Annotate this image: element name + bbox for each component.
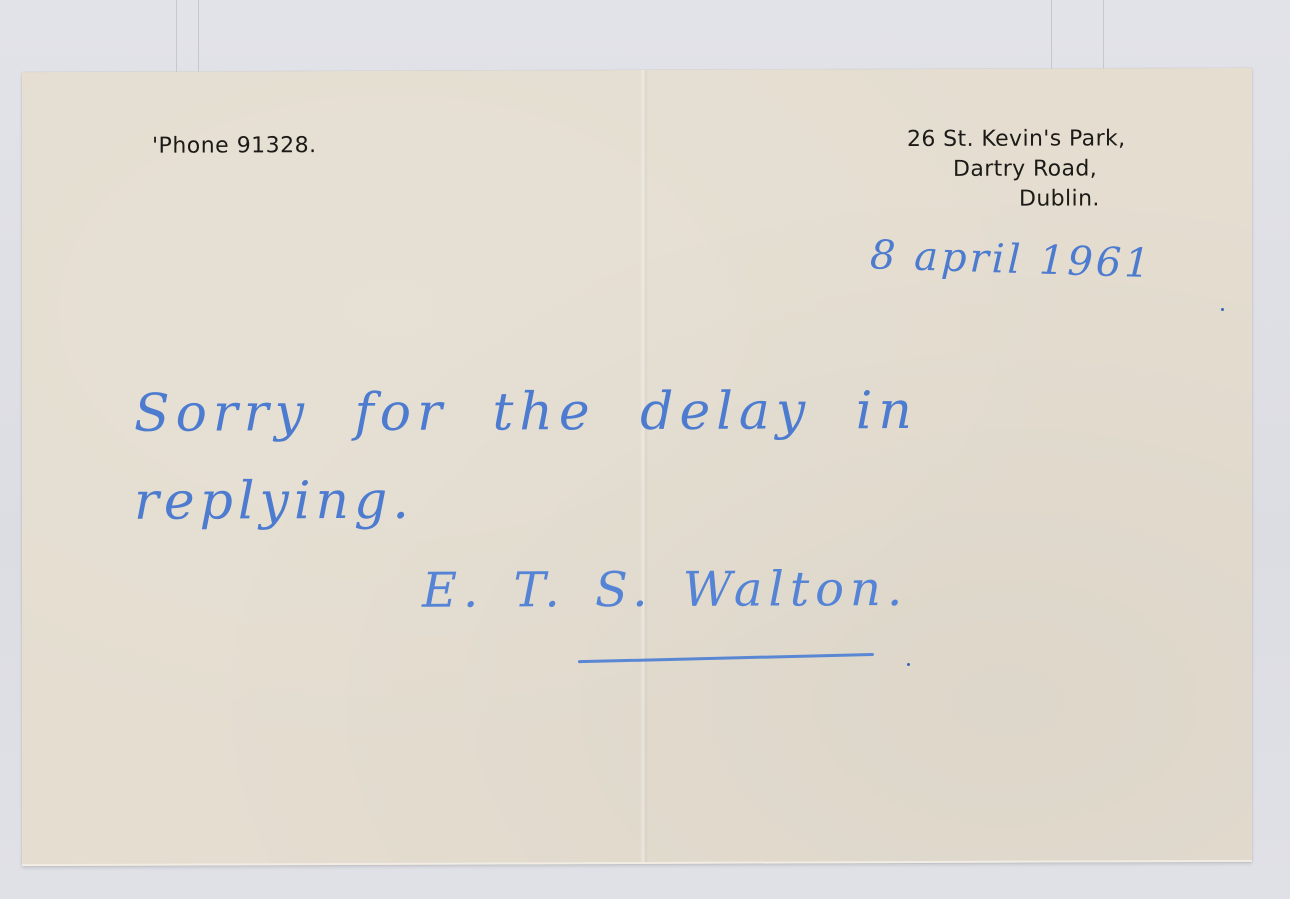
backdrop-seam bbox=[1051, 0, 1052, 72]
ink-dot bbox=[907, 663, 910, 666]
handwritten-date: 8 april 1961 bbox=[869, 232, 1153, 287]
letterhead-address: 26 St. Kevin's Park, Dartry Road, Dublin… bbox=[907, 124, 1126, 215]
letterhead-phone: 'Phone 91328. bbox=[152, 133, 317, 159]
backdrop-seam bbox=[176, 0, 177, 72]
backdrop-seam bbox=[198, 0, 199, 72]
letter-card: 'Phone 91328. 26 St. Kevin's Park, Dartr… bbox=[22, 68, 1252, 866]
address-line-city: Dublin. bbox=[907, 184, 1126, 215]
signature-underline bbox=[578, 653, 874, 663]
handwritten-body-line-2: replying. bbox=[134, 471, 414, 532]
backdrop-seam bbox=[1103, 0, 1104, 72]
address-line-street: 26 St. Kevin's Park, bbox=[907, 124, 1126, 155]
address-line-road: Dartry Road, bbox=[907, 154, 1126, 185]
ink-dot bbox=[1221, 308, 1224, 311]
handwritten-body-line-1: Sorry for the delay in bbox=[134, 381, 918, 444]
handwritten-signature: E. T. S. Walton. bbox=[422, 561, 908, 619]
center-fold-line bbox=[640, 70, 648, 862]
